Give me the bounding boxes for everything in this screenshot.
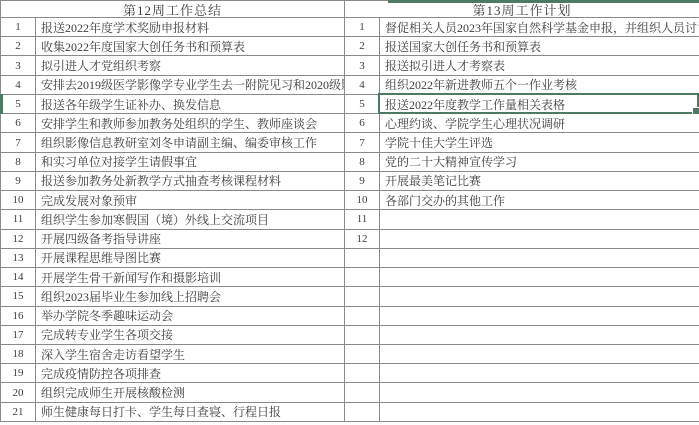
left-task-cell[interactable]: 开展学生骨干新闻写作和摄影培训	[36, 268, 345, 287]
right-row-number-cell[interactable]	[345, 268, 380, 287]
row-5-selection-edge	[0, 94, 3, 114]
left-task-cell[interactable]: 收集2022年度国家大创任务书和预算表	[36, 37, 345, 56]
right-row-number-cell[interactable]: 12	[345, 230, 380, 249]
left-row-number-cell[interactable]: 21	[1, 403, 36, 422]
left-task-cell[interactable]: 报送参加教务处新教学方式抽查考核课程材料	[36, 172, 345, 191]
left-row-number-cell[interactable]: 13	[1, 249, 36, 268]
left-row-number-cell[interactable]: 14	[1, 268, 36, 287]
right-row-number-cell[interactable]	[345, 364, 380, 383]
right-row-number-cell[interactable]	[345, 383, 380, 402]
right-task-cell[interactable]	[380, 268, 699, 287]
left-row-number-cell[interactable]: 10	[1, 191, 36, 210]
left-task-cell[interactable]: 安排学生和教师参加教务处组织的学生、教师座谈会	[36, 114, 345, 133]
left-task-cell[interactable]: 组织学生参加寒假国（境）外线上交流项目	[36, 210, 345, 229]
right-row-number-cell[interactable]	[345, 403, 380, 422]
right-task-cell[interactable]: 开展最美笔记比赛	[380, 172, 699, 191]
left-row-number-cell[interactable]: 15	[1, 287, 36, 306]
right-row-number-cell[interactable]: 3	[345, 56, 380, 75]
right-task-cell[interactable]	[380, 403, 699, 422]
left-task-cell[interactable]: 完成发展对象预审	[36, 191, 345, 210]
right-row-number-cell[interactable]	[345, 345, 380, 364]
right-row-number-cell[interactable]: 10	[345, 191, 380, 210]
left-task-cell[interactable]: 拟引进人才党组织考察	[36, 56, 345, 75]
right-task-cell[interactable]: 报送拟引进人才考察表	[380, 56, 699, 75]
left-task-cell[interactable]: 完成疫情防控各项排查	[36, 364, 345, 383]
left-row-number-cell[interactable]: 19	[1, 364, 36, 383]
left-row-number-cell[interactable]: 11	[1, 210, 36, 229]
right-row-number-cell[interactable]: 4	[345, 76, 380, 95]
fill-handle[interactable]	[692, 107, 699, 115]
left-row-number-cell[interactable]: 17	[1, 326, 36, 345]
left-task-cell[interactable]: 和实习单位对接学生请假事宜	[36, 153, 345, 172]
left-task-cell[interactable]: 开展课程思维导图比赛	[36, 249, 345, 268]
left-task-cell[interactable]: 举办学院冬季趣味运动会	[36, 307, 345, 326]
left-row-number-cell[interactable]: 5	[1, 95, 36, 114]
right-task-cell[interactable]: 学院十佳大学生评选	[380, 133, 699, 152]
right-task-cell[interactable]	[380, 345, 699, 364]
right-row-number-cell[interactable]	[345, 249, 380, 268]
spreadsheet-viewport: 第12周工作总结 第13周工作计划 1报送2022年度学术奖励申报材料1督促相关…	[0, 0, 699, 425]
left-row-number-cell[interactable]: 2	[1, 37, 36, 56]
right-row-number-cell[interactable]: 5	[345, 95, 380, 114]
right-row-number-cell[interactable]	[345, 287, 380, 306]
left-task-cell[interactable]: 报送各年级学生证补办、换发信息	[36, 95, 345, 114]
left-task-cell[interactable]: 完成转专业学生各项交接	[36, 326, 345, 345]
right-row-number-cell[interactable]: 1	[345, 18, 380, 37]
right-task-cell[interactable]	[380, 307, 699, 326]
selection-top-edge-strip	[388, 0, 699, 3]
active-cell-outline	[378, 93, 699, 114]
left-task-cell[interactable]: 安排去2019级医学影像学专业学生去一附院见习和2020级影技用	[36, 76, 345, 95]
left-row-number-cell[interactable]: 20	[1, 383, 36, 402]
left-row-number-cell[interactable]: 6	[1, 114, 36, 133]
right-row-number-cell[interactable]: 6	[345, 114, 380, 133]
right-task-cell[interactable]: 督促相关人员2023年国家自然科学基金申报，并组织人员讨论标书	[380, 18, 699, 37]
left-task-cell[interactable]: 深入学生宿舍走访看望学生	[36, 345, 345, 364]
right-row-number-cell[interactable]: 9	[345, 172, 380, 191]
left-task-cell[interactable]: 组织完成师生开展核酸检测	[36, 383, 345, 402]
right-table-title[interactable]: 第13周工作计划	[345, 1, 699, 18]
right-task-cell[interactable]	[380, 326, 699, 345]
right-task-cell[interactable]: 心理约谈、学院学生心理状况调研	[380, 114, 699, 133]
right-task-cell[interactable]: 各部门交办的其他工作	[380, 191, 699, 210]
right-task-cell[interactable]	[380, 287, 699, 306]
right-row-number-cell[interactable]: 11	[345, 210, 380, 229]
left-row-number-cell[interactable]: 8	[1, 153, 36, 172]
left-row-number-cell[interactable]: 1	[1, 18, 36, 37]
left-row-number-cell[interactable]: 9	[1, 172, 36, 191]
right-task-cell[interactable]: 报送国家大创任务书和预算表	[380, 37, 699, 56]
left-task-cell[interactable]: 师生健康每日打卡、学生每日查寝、行程日报	[36, 403, 345, 422]
left-table-title[interactable]: 第12周工作总结	[1, 1, 345, 18]
right-row-number-cell[interactable]: 2	[345, 37, 380, 56]
left-row-number-cell[interactable]: 16	[1, 307, 36, 326]
left-row-number-cell[interactable]: 12	[1, 230, 36, 249]
left-row-number-cell[interactable]: 3	[1, 56, 36, 75]
left-task-cell[interactable]: 报送2022年度学术奖励申报材料	[36, 18, 345, 37]
left-row-number-cell[interactable]: 7	[1, 133, 36, 152]
left-task-cell[interactable]: 开展四级备考指导讲座	[36, 230, 345, 249]
right-task-cell[interactable]	[380, 249, 699, 268]
left-task-cell[interactable]: 组织2023届毕业生参加线上招聘会	[36, 287, 345, 306]
right-task-cell[interactable]	[380, 364, 699, 383]
left-row-number-cell[interactable]: 4	[1, 76, 36, 95]
right-task-cell[interactable]	[380, 383, 699, 402]
right-row-number-cell[interactable]	[345, 307, 380, 326]
weekly-work-table: 第12周工作总结 第13周工作计划 1报送2022年度学术奖励申报材料1督促相关…	[0, 0, 699, 422]
left-row-number-cell[interactable]: 18	[1, 345, 36, 364]
right-row-number-cell[interactable]	[345, 326, 380, 345]
right-row-number-cell[interactable]: 8	[345, 153, 380, 172]
right-task-cell[interactable]	[380, 230, 699, 249]
right-task-cell[interactable]: 党的二十大精神宣传学习	[380, 153, 699, 172]
left-task-cell[interactable]: 组织影像信息教研室刘冬申请副主编、编委审核工作	[36, 133, 345, 152]
right-row-number-cell[interactable]: 7	[345, 133, 380, 152]
right-task-cell[interactable]	[380, 210, 699, 229]
